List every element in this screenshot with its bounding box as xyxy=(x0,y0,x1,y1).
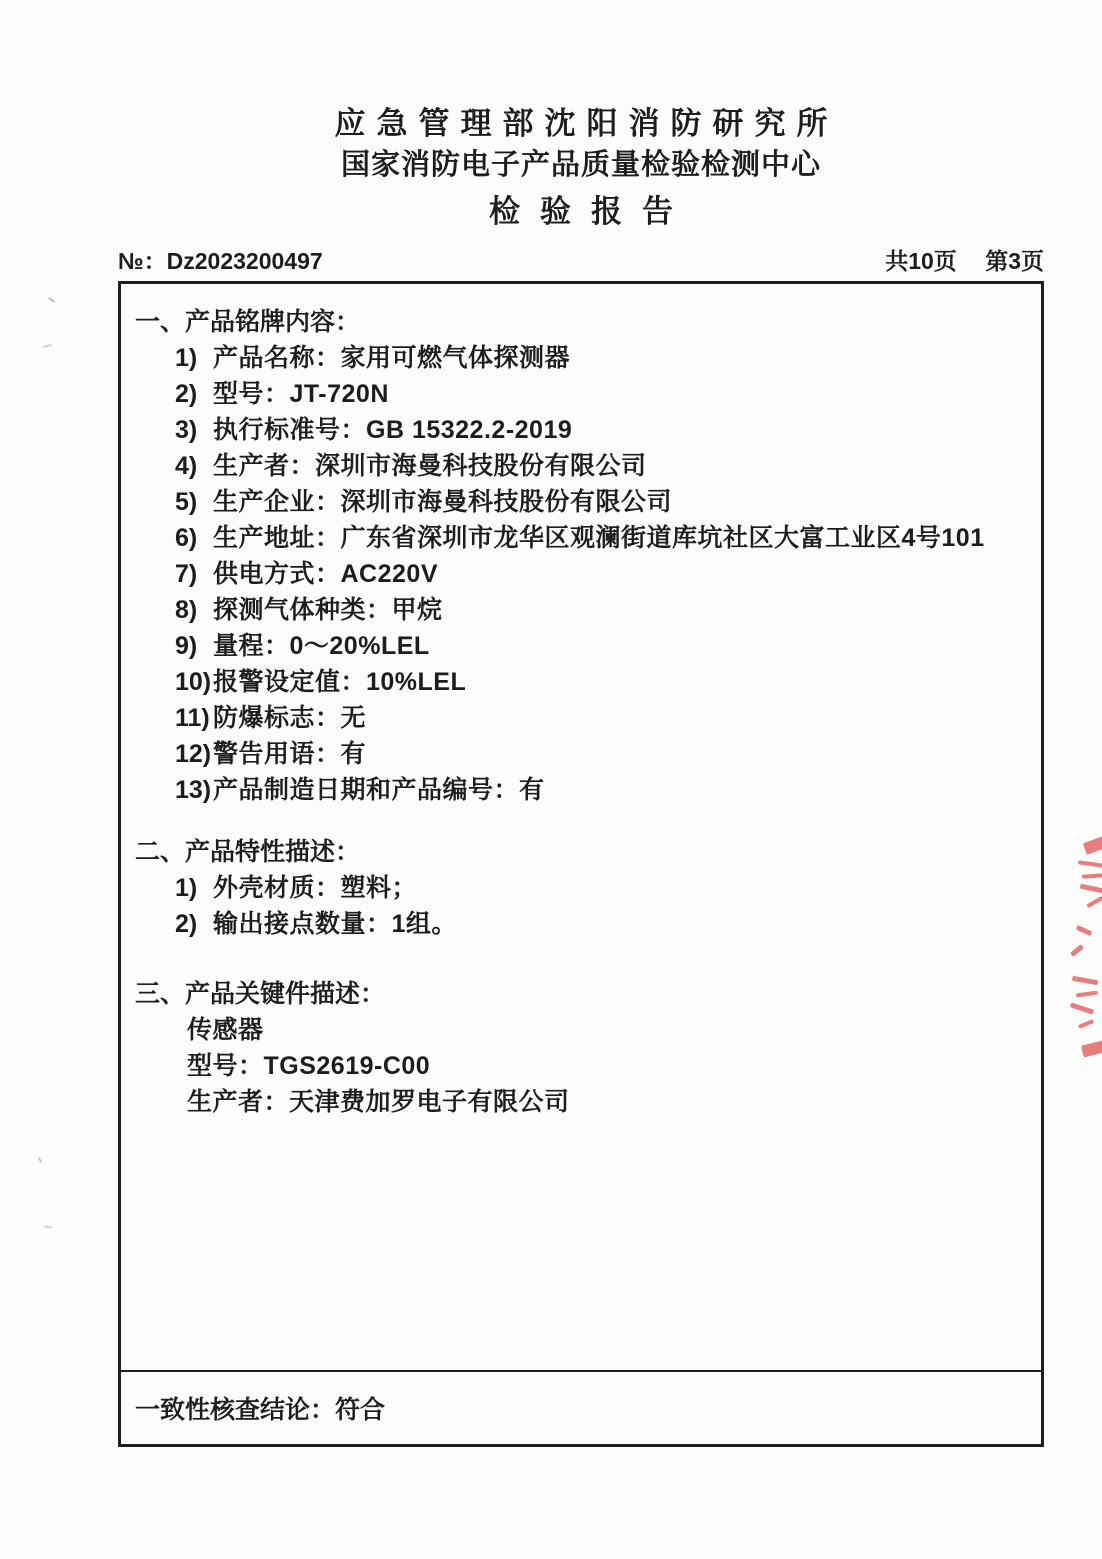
item-number: 5) xyxy=(175,484,213,520)
item-text: 执行标准号：GB 15322.2-2019 xyxy=(213,412,1023,448)
list-item: 6)生产地址：广东省深圳市龙华区观澜街道库坑社区大富工业区4号101 xyxy=(135,520,1023,556)
item-number: 3) xyxy=(175,412,213,448)
item-number: 12) xyxy=(175,736,213,772)
report-content: 一、产品铭牌内容： 1)产品名称：家用可燃气体探测器 2)型号：JT-720N … xyxy=(121,284,1041,1120)
scan-artifact xyxy=(43,344,52,348)
key-component-manufacturer: 生产者：天津费加罗电子有限公司 xyxy=(135,1084,1023,1120)
item-number: 2) xyxy=(175,376,213,412)
scan-artifact xyxy=(44,1225,52,1228)
stamp-fragment xyxy=(1078,1019,1094,1029)
list-item: 7)供电方式：AC220V xyxy=(135,556,1023,592)
list-item: 11)防爆标志：无 xyxy=(135,700,1023,736)
meta-row: №：Dz2023200497 共10页 第3页 xyxy=(118,243,1044,276)
list-item: 3)执行标准号：GB 15322.2-2019 xyxy=(135,412,1023,448)
list-item: 1)外壳材质：塑料； xyxy=(135,870,1023,906)
item-text: 防爆标志：无 xyxy=(213,700,1023,736)
pages-total: 共10页 xyxy=(885,248,957,274)
scanned-report-page: { "header": { "org_line1": "应急管理部沈阳消防研究所… xyxy=(0,0,1102,1559)
org-name-line-2: 国家消防电子产品质量检验检测中心 xyxy=(118,142,1044,183)
section-3-title: 三、产品关键件描述： xyxy=(135,976,1023,1012)
stamp-fragment xyxy=(1076,925,1093,936)
conformity-conclusion-row: 一致性核查结论：符合 xyxy=(121,1370,1041,1444)
item-number: 4) xyxy=(175,448,213,484)
item-number: 9) xyxy=(175,628,213,664)
stamp-fragment xyxy=(1070,1002,1094,1014)
pagination: 共10页 第3页 xyxy=(863,243,1044,276)
section-2-title: 二、产品特性描述： xyxy=(135,834,1023,870)
stamp-fragment xyxy=(1082,873,1102,879)
scan-artifact xyxy=(38,1157,43,1163)
list-item: 2)型号：JT-720N xyxy=(135,376,1023,412)
section-1-title: 一、产品铭牌内容： xyxy=(135,304,1023,340)
item-text: 生产者：深圳市海曼科技股份有限公司 xyxy=(213,448,1023,484)
report-body-box: 一、产品铭牌内容： 1)产品名称：家用可燃气体探测器 2)型号：JT-720N … xyxy=(118,281,1044,1447)
item-text: 报警设定值：10%LEL xyxy=(213,664,1023,700)
stamp-fragment xyxy=(1070,944,1084,957)
scan-artifact xyxy=(48,297,55,303)
item-number: 10) xyxy=(175,664,213,700)
stamp-fragment xyxy=(1072,976,1098,985)
report-number: №：Dz2023200497 xyxy=(118,243,323,276)
item-number: 1) xyxy=(175,870,213,906)
list-item: 1)产品名称：家用可燃气体探测器 xyxy=(135,340,1023,376)
item-number: 11) xyxy=(175,700,213,736)
item-number: 1) xyxy=(175,340,213,376)
item-text: 型号：JT-720N xyxy=(213,376,1023,412)
item-number: 13) xyxy=(175,772,213,808)
stamp-fragment xyxy=(1078,860,1102,868)
item-text: 产品制造日期和产品编号：有 xyxy=(213,772,1023,808)
item-text: 生产企业：深圳市海曼科技股份有限公司 xyxy=(213,484,1023,520)
item-text: 生产地址：广东省深圳市龙华区观澜街道库坑社区大富工业区4号101 xyxy=(213,520,1023,556)
item-number: 8) xyxy=(175,592,213,628)
stamp-fragment xyxy=(1081,1039,1102,1058)
list-item: 13)产品制造日期和产品编号：有 xyxy=(135,772,1023,808)
report-number-value: Dz2023200497 xyxy=(167,248,323,274)
item-number: 7) xyxy=(175,556,213,592)
stamp-fragment xyxy=(1080,884,1102,894)
item-number: 2) xyxy=(175,906,213,942)
item-text: 输出接点数量：1组。 xyxy=(213,906,1023,942)
list-item: 2)输出接点数量：1组。 xyxy=(135,906,1023,942)
key-component-model: 型号：TGS2619-C00 xyxy=(135,1048,1023,1084)
stamp-fragment xyxy=(1086,896,1102,908)
org-name-line-1: 应急管理部沈阳消防研究所 xyxy=(118,98,1044,143)
item-text: 量程：0～20%LEL xyxy=(213,628,1023,664)
key-component-name: 传感器 xyxy=(135,1012,1023,1048)
list-item: 9)量程：0～20%LEL xyxy=(135,628,1023,664)
page-title: 检验报告 xyxy=(118,186,1044,231)
conformity-conclusion: 一致性核查结论：符合 xyxy=(135,1390,385,1426)
item-text: 产品名称：家用可燃气体探测器 xyxy=(213,340,1023,376)
list-item: 8)探测气体种类：甲烷 xyxy=(135,592,1023,628)
list-item: 10)报警设定值：10%LEL xyxy=(135,664,1023,700)
item-text: 供电方式：AC220V xyxy=(213,556,1023,592)
stamp-fragment xyxy=(1076,990,1098,997)
stamp-fragment xyxy=(1083,833,1102,855)
list-item: 4)生产者：深圳市海曼科技股份有限公司 xyxy=(135,448,1023,484)
report-number-label: №： xyxy=(118,248,167,274)
list-item: 5)生产企业：深圳市海曼科技股份有限公司 xyxy=(135,484,1023,520)
item-text: 警告用语：有 xyxy=(213,736,1023,772)
list-item: 12)警告用语：有 xyxy=(135,736,1023,772)
page-current: 第3页 xyxy=(985,248,1044,274)
item-number: 6) xyxy=(175,520,213,556)
item-text: 探测气体种类：甲烷 xyxy=(213,592,1023,628)
item-text: 外壳材质：塑料； xyxy=(213,870,1023,906)
